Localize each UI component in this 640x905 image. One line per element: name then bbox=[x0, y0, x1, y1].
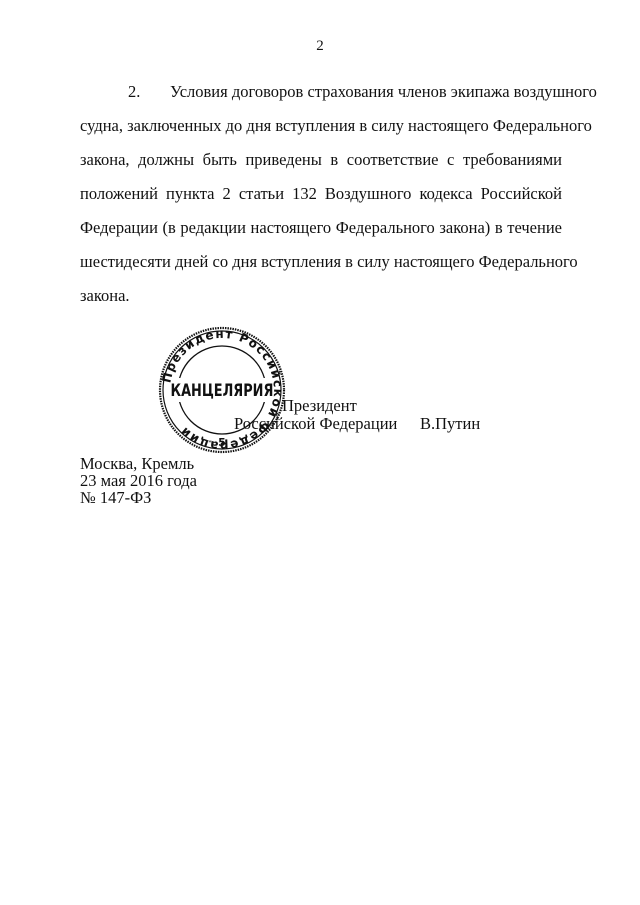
paragraph-number: 2. bbox=[128, 78, 170, 106]
paragraph-line: судна, заключенных до дня вступления в с… bbox=[80, 112, 562, 146]
signature-title-line1: Президент bbox=[282, 396, 357, 416]
svg-text:*: * bbox=[208, 439, 212, 447]
place-date-block: Москва, Кремль 23 мая 2016 года № 147-ФЗ bbox=[80, 455, 197, 506]
stamp-number: 5 bbox=[218, 436, 226, 449]
page-number: 2 bbox=[0, 38, 640, 55]
signatory-name: В.Путин bbox=[420, 414, 480, 434]
law-number: № 147-ФЗ bbox=[80, 489, 197, 506]
paragraph-2: 2.Условия договоров страхования членов э… bbox=[80, 78, 562, 316]
date: 23 мая 2016 года bbox=[80, 472, 197, 489]
svg-text:*: * bbox=[232, 439, 236, 447]
paragraph-line: шестидесяти дней со дня вступления в сил… bbox=[80, 248, 562, 282]
paragraph-line: закона. bbox=[80, 282, 562, 316]
paragraph-text: Условия договоров страхования членов эки… bbox=[170, 82, 597, 101]
paragraph-line: положений пункта 2 статьи 132 Воздушного… bbox=[80, 180, 562, 214]
stamp-center-text: КАНЦЕЛЯРИЯ bbox=[171, 380, 274, 400]
paragraph-line: закона, должны быть приведены в соответс… bbox=[80, 146, 562, 180]
place: Москва, Кремль bbox=[80, 455, 197, 472]
paragraph-line: Федерации (в редакции настоящего Федерал… bbox=[80, 214, 562, 248]
paragraph-line: 2.Условия договоров страхования членов э… bbox=[80, 78, 562, 112]
official-stamp-icon: Президент Российской Федерации КАНЦЕЛЯРИ… bbox=[158, 326, 286, 454]
